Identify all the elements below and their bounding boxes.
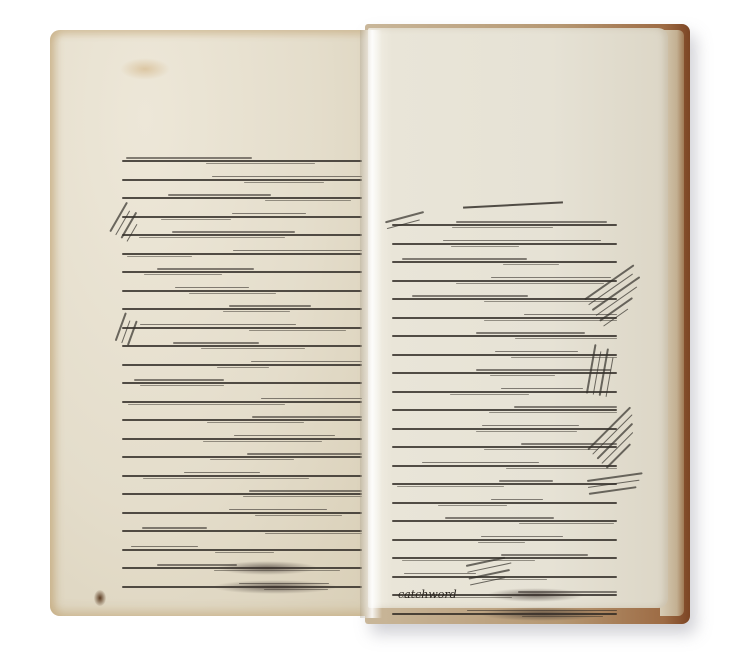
manuscript-text-line (122, 512, 362, 514)
manuscript-text-line (122, 308, 362, 310)
manuscript-text-line (122, 271, 362, 273)
manuscript-text-line (122, 475, 362, 477)
manuscript-text-line (392, 446, 617, 448)
manuscript-photo: catchword (0, 0, 750, 658)
manuscript-text-line (122, 438, 362, 440)
manuscript-text-line (122, 197, 362, 199)
left-page (50, 30, 368, 616)
manuscript-text-line (392, 483, 617, 485)
manuscript-text-line (122, 160, 362, 162)
manuscript-text-line (392, 224, 617, 226)
book-gutter (360, 30, 382, 618)
manuscript-text-line (392, 502, 617, 504)
manuscript-text-line (392, 539, 617, 541)
manuscript-text-line (392, 465, 617, 467)
manuscript-text-line (122, 327, 362, 329)
manuscript-text-line (122, 419, 362, 421)
manuscript-text-line (122, 253, 362, 255)
manuscript-text-line (122, 234, 362, 236)
water-stain (120, 58, 170, 80)
right-page: catchword (368, 28, 668, 608)
manuscript-text-line (122, 586, 362, 588)
manuscript-text-line (122, 179, 362, 181)
ink-spot (94, 590, 106, 606)
manuscript-text-line (392, 613, 617, 615)
manuscript-text-line (122, 530, 362, 532)
manuscript-text-line (392, 372, 617, 374)
manuscript-text-line (392, 354, 617, 356)
manuscript-text-line (122, 456, 362, 458)
left-text-block (122, 160, 362, 604)
manuscript-text-line (392, 280, 617, 282)
manuscript-text-line (122, 216, 362, 218)
manuscript-text-line (392, 391, 617, 393)
manuscript-text-line (122, 549, 362, 551)
manuscript-text-line (392, 409, 617, 411)
manuscript-text-line (392, 317, 617, 319)
manuscript-text-line (122, 290, 362, 292)
manuscript-text-line (122, 345, 362, 347)
basmala-heading (463, 201, 563, 208)
manuscript-text-line (122, 401, 362, 403)
manuscript-text-line (392, 261, 617, 263)
manuscript-text-line (122, 382, 362, 384)
manuscript-text-line (392, 243, 617, 245)
manuscript-text-line (122, 364, 362, 366)
manuscript-text-line (392, 520, 617, 522)
catchword: catchword (398, 588, 457, 601)
manuscript-text-line (122, 567, 362, 569)
manuscript-text-line (392, 335, 617, 337)
manuscript-text-line (122, 493, 362, 495)
manuscript-text-line (392, 428, 617, 430)
